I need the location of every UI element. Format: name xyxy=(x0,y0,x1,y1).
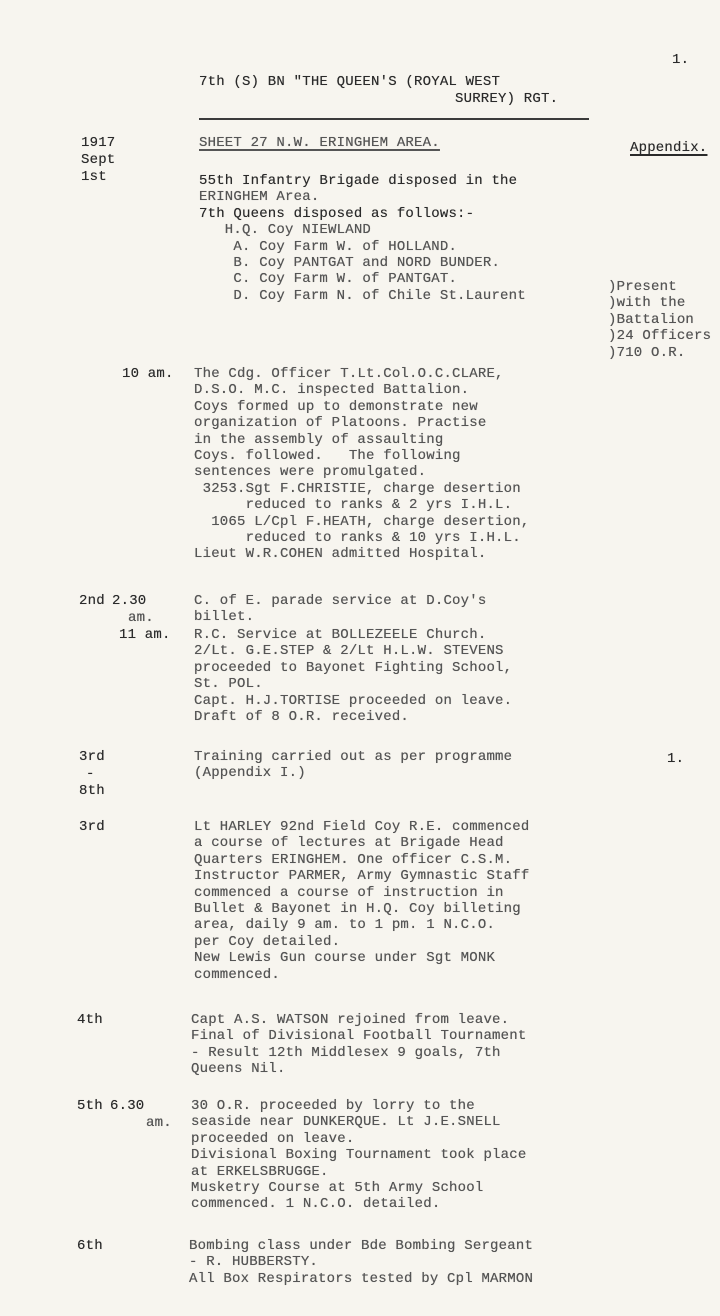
entry-line: seaside near DUNKERQUE. Lt J.E.SNELL xyxy=(191,1114,526,1130)
page-number: 1. xyxy=(672,52,689,69)
entry-line: H.Q. Coy NIEWLAND xyxy=(199,222,526,238)
entry-line: commenced. xyxy=(194,967,529,983)
entry-line: sentences were promulgated. xyxy=(194,464,529,480)
entry-1st-10am-text: The Cdg. Officer T.Lt.Col.O.C.CLARE, D.S… xyxy=(194,366,529,563)
entry-line: organization of Platoons. Practise xyxy=(194,415,529,431)
entry-date-dash: - xyxy=(86,766,95,783)
margin-note-line: )Present xyxy=(608,279,711,295)
entry-3rd-text: Lt HARLEY 92nd Field Coy R.E. commenced … xyxy=(194,819,529,983)
entry-line: Quarters ERINGHEM. One officer C.S.M. xyxy=(194,852,529,868)
entry-line: C. Coy Farm W. of PANTGAT. xyxy=(199,271,526,287)
date-month: Sept xyxy=(81,152,115,169)
header-title-line2: SURREY) RGT. xyxy=(455,91,558,108)
entry-1st-text: 55th Infantry Brigade disposed in the ER… xyxy=(199,173,526,304)
entry-date-2nd: 2nd xyxy=(79,593,105,610)
entry-line: Capt A.S. WATSON rejoined from leave. xyxy=(191,1012,526,1028)
entry-line: Musketry Course at 5th Army School xyxy=(191,1180,526,1196)
entry-time: 11 am. xyxy=(119,627,171,644)
war-diary-page: 1. 7th (S) BN "THE QUEEN'S (ROYAL WEST S… xyxy=(0,0,720,1316)
entry-date-3rd: 3rd xyxy=(79,749,105,766)
entry-line: B. Coy PANTGAT and NORD BUNDER. xyxy=(199,255,526,271)
appendix-heading: Appendix. xyxy=(630,140,707,157)
entry-2nd-text: C. of E. parade service at D.Coy's bille… xyxy=(194,593,486,626)
entry-line: 55th Infantry Brigade disposed in the xyxy=(199,173,526,189)
entry-line: reduced to ranks & 2 yrs I.H.L. xyxy=(194,497,529,513)
entry-line: Final of Divisional Football Tournament xyxy=(191,1028,526,1044)
strength-margin-note: )Present )with the )Battalion )24 Office… xyxy=(608,279,711,361)
entry-line: Lieut W.R.COHEN admitted Hospital. xyxy=(194,546,529,562)
entry-line: (Appendix I.) xyxy=(194,765,512,781)
entry-date-8th: 8th xyxy=(79,783,105,800)
entry-time: 10 am. xyxy=(122,366,174,383)
entry-time-suffix: am. xyxy=(146,1115,172,1132)
entry-time: 2.30 xyxy=(112,593,146,610)
entry-line: proceeded on leave. xyxy=(191,1131,526,1147)
date-year: 1917 xyxy=(81,135,115,152)
sheet-heading: SHEET 27 N.W. ERINGHEM AREA. xyxy=(199,135,440,152)
entry-5th-text: 30 O.R. proceeded by lorry to the seasid… xyxy=(191,1098,526,1213)
entry-line: Bullet & Bayonet in H.Q. Coy billeting xyxy=(194,901,529,917)
entry-line: commenced a course of instruction in xyxy=(194,885,529,901)
entry-time-suffix: am. xyxy=(128,610,154,627)
entry-line: Training carried out as per programme xyxy=(194,749,512,765)
entry-line: Coys. followed. The following xyxy=(194,448,529,464)
entry-line: at ERKELSBRUGGE. xyxy=(191,1164,526,1180)
entry-line: The Cdg. Officer T.Lt.Col.O.C.CLARE, xyxy=(194,366,529,382)
entry-line: Divisional Boxing Tournament took place xyxy=(191,1147,526,1163)
entry-line: R.C. Service at BOLLEZEELE Church. xyxy=(194,627,512,643)
entry-date-4th: 4th xyxy=(77,1012,103,1029)
header-rule xyxy=(199,118,589,120)
entry-line: 7th Queens disposed as follows:- xyxy=(199,206,526,222)
header-title-line1: 7th (S) BN "THE QUEEN'S (ROYAL WEST xyxy=(199,74,500,91)
entry-line: ERINGHEM Area. xyxy=(199,189,526,205)
entry-line: 3253.Sgt F.CHRISTIE, charge desertion xyxy=(194,481,529,497)
entry-line: All Box Respirators tested by Cpl MARMON xyxy=(189,1271,533,1287)
entry-line: C. of E. parade service at D.Coy's xyxy=(194,593,486,609)
entry-line: 30 O.R. proceeded by lorry to the xyxy=(191,1098,526,1114)
margin-note-line: )Battalion xyxy=(608,312,711,328)
entry-time: 6.30 xyxy=(110,1098,144,1115)
entry-line: New Lewis Gun course under Sgt MONK xyxy=(194,950,529,966)
entry-line: - Result 12th Middlesex 9 goals, 7th xyxy=(191,1045,526,1061)
entry-date-6th: 6th xyxy=(77,1238,103,1255)
entry-line: Coys formed up to demonstrate new xyxy=(194,399,529,415)
entry-line: St. POL. xyxy=(194,676,512,692)
entry-line: in the assembly of assaulting xyxy=(194,432,529,448)
entry-line: Draft of 8 O.R. received. xyxy=(194,709,512,725)
entry-line: billet. xyxy=(194,609,486,625)
entry-line: Bombing class under Bde Bombing Sergeant xyxy=(189,1238,533,1254)
entry-date-3rd: 3rd xyxy=(79,819,105,836)
entry-line: a course of lectures at Brigade Head xyxy=(194,835,529,851)
entry-line: area, daily 9 am. to 1 pm. 1 N.C.O. xyxy=(194,917,529,933)
entry-line: Queens Nil. xyxy=(191,1061,526,1077)
entry-line: 2/Lt. G.E.STEP & 2/Lt H.L.W. STEVENS xyxy=(194,643,512,659)
entry-line: 1065 L/Cpl F.HEATH, charge desertion, xyxy=(194,514,529,530)
entry-date-5th: 5th xyxy=(77,1098,103,1115)
entry-line: commenced. 1 N.C.O. detailed. xyxy=(191,1196,526,1212)
entry-line: D. Coy Farm N. of Chile St.Laurent xyxy=(199,288,526,304)
entry-line: A. Coy Farm W. of HOLLAND. xyxy=(199,239,526,255)
entry-line: per Coy detailed. xyxy=(194,934,529,950)
entry-line: - R. HUBBERSTY. xyxy=(189,1254,533,1270)
margin-note-line: )710 O.R. xyxy=(608,345,711,361)
entry-4th-text: Capt A.S. WATSON rejoined from leave. Fi… xyxy=(191,1012,526,1078)
entry-line: reduced to ranks & 10 yrs I.H.L. xyxy=(194,530,529,546)
entry-line: Instructor PARMER, Army Gymnastic Staff xyxy=(194,868,529,884)
margin-note-line: )with the xyxy=(608,295,711,311)
entry-line: Lt HARLEY 92nd Field Coy R.E. commenced xyxy=(194,819,529,835)
entry-6th-text: Bombing class under Bde Bombing Sergeant… xyxy=(189,1238,533,1287)
entry-line: D.S.O. M.C. inspected Battalion. xyxy=(194,382,529,398)
entry-line: Capt. H.J.TORTISE proceeded on leave. xyxy=(194,693,512,709)
entry-line: proceeded to Bayonet Fighting School, xyxy=(194,660,512,676)
margin-note-line: )24 Officers xyxy=(608,328,711,344)
entry-2nd-11am-text: R.C. Service at BOLLEZEELE Church. 2/Lt.… xyxy=(194,627,512,725)
entry-date-1st: 1st xyxy=(81,169,107,186)
entry-3rd-8th-text: Training carried out as per programme (A… xyxy=(194,749,512,782)
appendix-reference: 1. xyxy=(667,751,684,768)
